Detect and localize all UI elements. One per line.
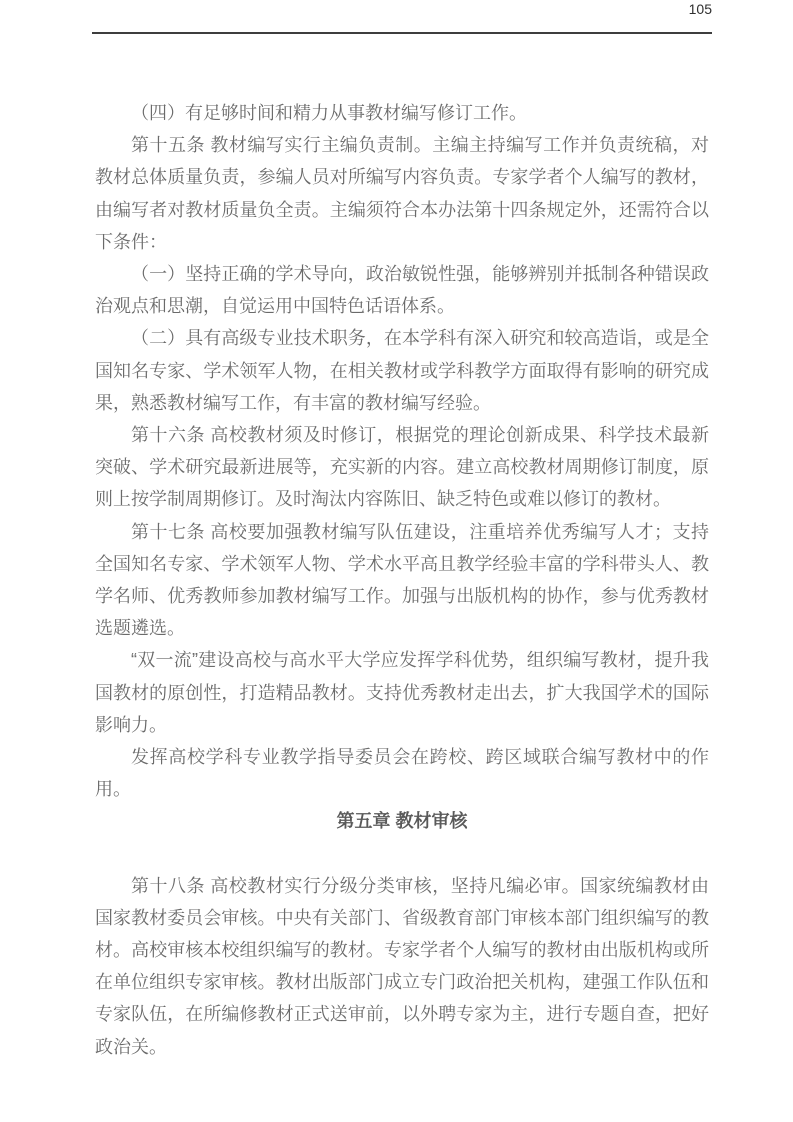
header-rule — [92, 32, 712, 34]
document-body: （四）有足够时间和精力从事教材编写修订工作。 第十五条 教材编写实行主编负责制。… — [95, 97, 709, 1063]
paragraph-item-4-duties: （四）有足够时间和精力从事教材编写修订工作。 — [95, 97, 709, 129]
paragraph-condition-2: （二）具有高级专业技术职务，在本学科有深入研究和较高造诣，或是全国知名专家、学术… — [95, 322, 709, 419]
paragraph-double-first-class: “双一流”建设高校与高水平大学应发挥学科优势，组织编写教材，提升我国教材的原创性… — [95, 644, 709, 741]
paragraph-article-17: 第十七条 高校要加强教材编写队伍建设，注重培养优秀编写人才；支持全国知名专家、学… — [95, 516, 709, 645]
page-number: 105 — [689, 1, 712, 17]
paragraph-condition-1: （一）坚持正确的学术导向，政治敏锐性强，能够辨别并抵制各种错误政治观点和思潮，自… — [95, 258, 709, 322]
paragraph-article-18: 第十八条 高校教材实行分级分类审核，坚持凡编必审。国家统编教材由国家教材委员会审… — [95, 870, 709, 1063]
paragraph-steering-committee: 发挥高校学科专业教学指导委员会在跨校、跨区域联合编写教材中的作用。 — [95, 741, 709, 805]
paragraph-article-16: 第十六条 高校教材须及时修订，根据党的理论创新成果、科学技术最新突破、学术研究最… — [95, 419, 709, 516]
paragraph-article-15: 第十五条 教材编写实行主编负责制。主编主持编写工作并负责统稿，对教材总体质量负责… — [95, 129, 709, 258]
chapter-heading: 第五章 教材审核 — [95, 805, 709, 837]
document-page: 105 （四）有足够时间和精力从事教材编写修订工作。 第十五条 教材编写实行主编… — [0, 0, 793, 1122]
